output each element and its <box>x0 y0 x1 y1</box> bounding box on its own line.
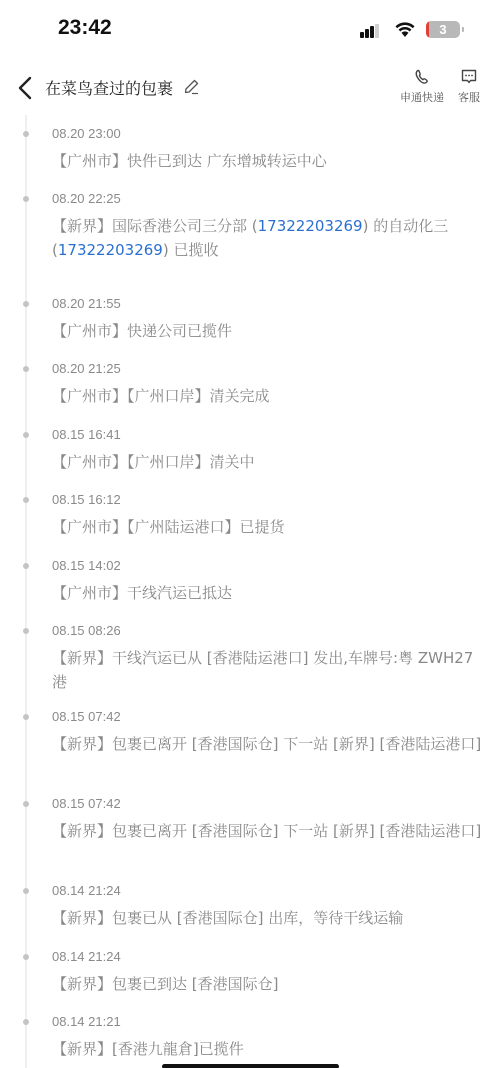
battery-cap <box>462 27 464 32</box>
event-time: 08.15 16:12 <box>52 492 121 507</box>
event-description: 【新界】包裹已离开 [香港国际仓] 下一站 [新界] [香港陆运港口] <box>52 732 482 756</box>
event-time: 08.15 16:41 <box>52 427 121 442</box>
timeline-dot-icon <box>23 801 29 807</box>
event-text: 【新界】[香港九龍倉]已揽件 <box>52 1040 244 1058</box>
wifi-icon <box>394 20 416 38</box>
pencil-icon[interactable] <box>183 78 200 95</box>
status-bar: 23:42 3 <box>0 0 500 60</box>
event-text: 【新界】包裹已到达 [香港国际仓] <box>52 975 278 993</box>
signal-icon <box>360 24 380 38</box>
event-text: 【新界】国际香港公司三分部 ( <box>52 217 258 235</box>
event-time: 08.20 22:25 <box>52 191 121 206</box>
event-description: 【新界】[香港九龍倉]已揽件 <box>52 1037 482 1061</box>
event-time: 08.14 21:24 <box>52 883 121 898</box>
timeline-dot-icon <box>23 954 29 960</box>
event-description: 【广州市】快递公司已揽件 <box>52 319 482 343</box>
home-indicator <box>162 1064 339 1068</box>
courier-phone-label: 申通快递 <box>396 89 448 105</box>
courier-phone-button[interactable]: 申通快递 <box>396 68 448 112</box>
event-text: 【广州市】【广州陆运港口】已提货 <box>52 518 285 536</box>
event-time: 08.15 14:02 <box>52 558 121 573</box>
event-text: 【广州市】【广州口岸】清关中 <box>52 453 255 471</box>
event-time: 08.15 07:42 <box>52 709 121 724</box>
timeline-dot-icon <box>23 1019 29 1025</box>
event-time: 08.20 23:00 <box>52 126 121 141</box>
event-text: 【新界】干线汽运已从 [香港陆运港口] 发出,车牌号:粤 ZWH27港 <box>52 649 473 691</box>
timeline-dot-icon <box>23 131 29 137</box>
event-text: 【新界】包裹已从 [香港国际仓] 出库，等待干线运输 <box>52 909 403 927</box>
timeline-dot-icon <box>23 888 29 894</box>
timeline-dot-icon <box>23 432 29 438</box>
event-description: 【新界】干线汽运已从 [香港陆运港口] 发出,车牌号:粤 ZWH27港 <box>52 646 482 694</box>
timeline-dot-icon <box>23 563 29 569</box>
event-time: 08.15 08:26 <box>52 623 121 638</box>
phone-number-link[interactable]: 17322203269 <box>258 217 363 235</box>
event-description: 【广州市】【广州陆运港口】已提货 <box>52 515 482 539</box>
status-time: 23:42 <box>58 16 112 40</box>
event-description: 【新界】包裹已到达 [香港国际仓] <box>52 972 482 996</box>
event-text: ) 已揽收 <box>163 241 219 259</box>
event-description: 【广州市】【广州口岸】清关完成 <box>52 384 482 408</box>
event-text: 【新界】包裹已离开 [香港国际仓] 下一站 [新界] [香港陆运港口] <box>52 735 481 753</box>
timeline-dot-icon <box>23 628 29 634</box>
nav-bar: 在菜鸟查过的包裹 申通快递 客服 <box>0 60 500 115</box>
event-text: 【新界】包裹已离开 [香港国际仓] 下一站 [新界] [香港陆运港口] <box>52 822 481 840</box>
battery-icon: 3 <box>426 21 460 38</box>
event-text: 【广州市】【广州口岸】清关完成 <box>52 387 270 405</box>
customer-service-label: 客服 <box>448 89 490 105</box>
event-description: 【新界】国际香港公司三分部 (17322203269) 的自动化三 (17322… <box>52 214 482 262</box>
event-description: 【新界】包裹已从 [香港国际仓] 出库，等待干线运输 <box>52 906 482 930</box>
timeline-line <box>25 115 27 1068</box>
chat-bubble-icon <box>460 68 478 86</box>
timeline-dot-icon <box>23 301 29 307</box>
event-time: 08.14 21:24 <box>52 949 121 964</box>
tracking-timeline: 08.20 23:00【广州市】快件已到达 广东增城转运中心08.20 22:2… <box>0 115 500 1068</box>
phone-number-link[interactable]: 17322203269 <box>58 241 163 259</box>
event-text: 【广州市】快件已到达 广东增城转运中心 <box>52 152 327 170</box>
event-time: 08.15 07:42 <box>52 796 121 811</box>
event-description: 【广州市】【广州口岸】清关中 <box>52 450 482 474</box>
customer-service-button[interactable]: 客服 <box>448 68 490 112</box>
timeline-dot-icon <box>23 714 29 720</box>
chevron-left-icon[interactable] <box>14 74 38 102</box>
event-time: 08.20 21:25 <box>52 361 121 376</box>
event-time: 08.20 21:55 <box>52 296 121 311</box>
timeline-dot-icon <box>23 497 29 503</box>
battery-level: 3 <box>426 21 460 38</box>
event-description: 【广州市】快件已到达 广东增城转运中心 <box>52 149 482 173</box>
event-text: 【广州市】快递公司已揽件 <box>52 322 232 340</box>
phone-icon <box>413 68 431 86</box>
timeline-dot-icon <box>23 366 29 372</box>
timeline-dot-icon <box>23 196 29 202</box>
event-text: 【广州市】干线汽运已抵达 <box>52 584 232 602</box>
page-title: 在菜鸟查过的包裹 <box>45 76 173 99</box>
event-description: 【新界】包裹已离开 [香港国际仓] 下一站 [新界] [香港陆运港口] <box>52 819 482 843</box>
event-description: 【广州市】干线汽运已抵达 <box>52 581 482 605</box>
event-time: 08.14 21:21 <box>52 1014 121 1029</box>
